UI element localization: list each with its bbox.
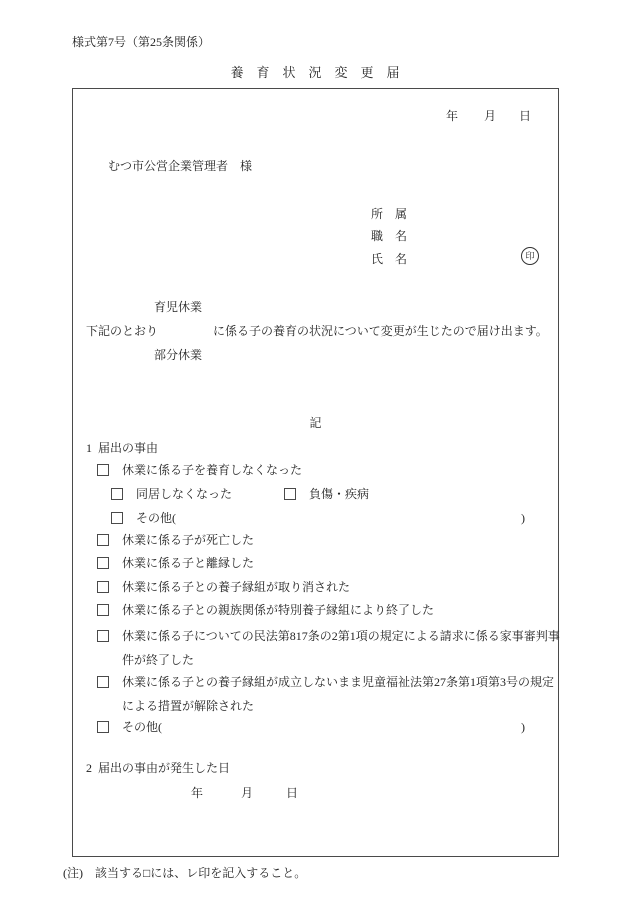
position-label: 職 名	[371, 227, 407, 244]
checkbox-icon[interactable]	[97, 630, 109, 642]
reason-label: 休業に係る子との親族関係が特別養子縁組により終了した	[122, 602, 434, 619]
reason-row-adoption-revoked: 休業に係る子との養子縁組が取り消された	[97, 579, 350, 596]
reason-line-1: 休業に係る子についての民法第817条の2第1項の規定による請求に係る家事審判事	[122, 625, 560, 649]
reason-label: 休業に係る子を養育しなくなった	[122, 462, 302, 479]
affiliation-label: 所 属	[371, 205, 407, 222]
seal-character: 印	[525, 252, 534, 261]
reason-label: 休業に係る子についての民法第817条の2第1項の規定による請求に係る家事審判事 …	[122, 625, 560, 672]
checkbox-icon[interactable]	[284, 488, 296, 500]
checkbox-icon[interactable]	[111, 512, 123, 524]
checkbox-icon[interactable]	[97, 581, 109, 593]
reason-row-dissolved: 休業に係る子と離縁した	[97, 555, 254, 572]
paren-close: )	[521, 510, 525, 527]
reason-row-other-sub: その他( )	[111, 510, 525, 527]
reason-row-no-care: 休業に係る子を養育しなくなった	[97, 462, 302, 479]
reason-label: 休業に係る子との養子縁組が成立しないまま児童福祉法第27条第1項第3号の規定 に…	[122, 671, 554, 718]
intro-lead: 下記のとおり	[86, 324, 158, 338]
date-month-label: 月	[241, 786, 253, 800]
checkbox-icon[interactable]	[111, 488, 123, 500]
reason-line-2: 件が終了した	[122, 649, 560, 673]
checkbox-icon[interactable]	[97, 676, 109, 688]
form-box: 年月日 むつ市公営企業管理者 様 所 属 職 名 氏 名 印 育児休業 下記のと…	[72, 88, 559, 857]
reason-row-other: その他( )	[97, 719, 525, 736]
reason-label: 休業に係る子が死亡した	[122, 532, 254, 549]
occurrence-date-line: 年月日	[191, 784, 298, 801]
form-code: 様式第7号（第25条関係）	[72, 33, 210, 50]
reason-label: 休業に係る子と離縁した	[122, 555, 254, 572]
checkbox-icon[interactable]	[97, 557, 109, 569]
date-year-label: 年	[446, 109, 458, 123]
section2-title: 届出の事由が発生した日	[98, 761, 230, 775]
reason-row-died: 休業に係る子が死亡した	[97, 532, 254, 549]
reason-row-no-cohabit: 同居しなくなった	[111, 486, 232, 503]
checkbox-icon[interactable]	[97, 534, 109, 546]
section2-heading: 2 届出の事由が発生した日	[86, 759, 230, 776]
section2-number: 2	[86, 761, 92, 775]
reason-row-court-case: 休業に係る子についての民法第817条の2第1項の規定による請求に係る家事審判事 …	[97, 628, 560, 672]
page-title: 養 育 状 況 変 更 届	[0, 62, 630, 81]
reason-label: 同居しなくなった	[136, 486, 232, 503]
reason-label: その他(	[136, 510, 176, 527]
document-page: 様式第7号（第25条関係） 養 育 状 況 変 更 届 年月日 むつ市公営企業管…	[0, 0, 630, 915]
seal-mark: 印	[521, 247, 539, 265]
date-month-label: 月	[484, 109, 496, 123]
section1-title: 届出の事由	[98, 441, 158, 455]
reason-label: 負傷・疾病	[309, 486, 369, 503]
date-year-label: 年	[191, 786, 203, 800]
submission-date-line: 年月日	[446, 107, 531, 124]
reason-label: その他(	[122, 719, 162, 736]
footer-note: (注) 該当する□には、レ印を記入すること。	[63, 864, 306, 881]
section1-number: 1	[86, 441, 92, 455]
reason-row-welfare: 休業に係る子との養子縁組が成立しないまま児童福祉法第27条第1項第3号の規定 に…	[97, 674, 554, 718]
reason-row-injury: 負傷・疾病	[284, 486, 369, 503]
paren-close: )	[521, 719, 525, 736]
checkbox-icon[interactable]	[97, 721, 109, 733]
addressee: むつ市公営企業管理者 様	[108, 157, 252, 174]
leave-type-bubun: 部分休業	[154, 346, 202, 363]
reason-row-kinship-ended: 休業に係る子との親族関係が特別養子縁組により終了した	[97, 602, 434, 619]
checkbox-icon[interactable]	[97, 604, 109, 616]
section1-heading: 1 届出の事由	[86, 439, 158, 456]
reason-label: 休業に係る子との養子縁組が取り消された	[122, 579, 350, 596]
leave-type-ikuji: 育児休業	[154, 298, 202, 315]
reason-line-1: 休業に係る子との養子縁組が成立しないまま児童福祉法第27条第1項第3号の規定	[122, 671, 554, 695]
ki-heading: 記	[73, 414, 558, 431]
date-day-label: 日	[519, 109, 531, 123]
intro-sentence: 下記のとおり	[86, 322, 158, 339]
reason-line-2: による措置が解除された	[122, 695, 554, 719]
intro-tail: に係る子の養育の状況について変更が生じたので届け出ます。	[213, 322, 548, 339]
name-label: 氏 名	[371, 250, 407, 267]
checkbox-icon[interactable]	[97, 464, 109, 476]
date-day-label: 日	[286, 786, 298, 800]
